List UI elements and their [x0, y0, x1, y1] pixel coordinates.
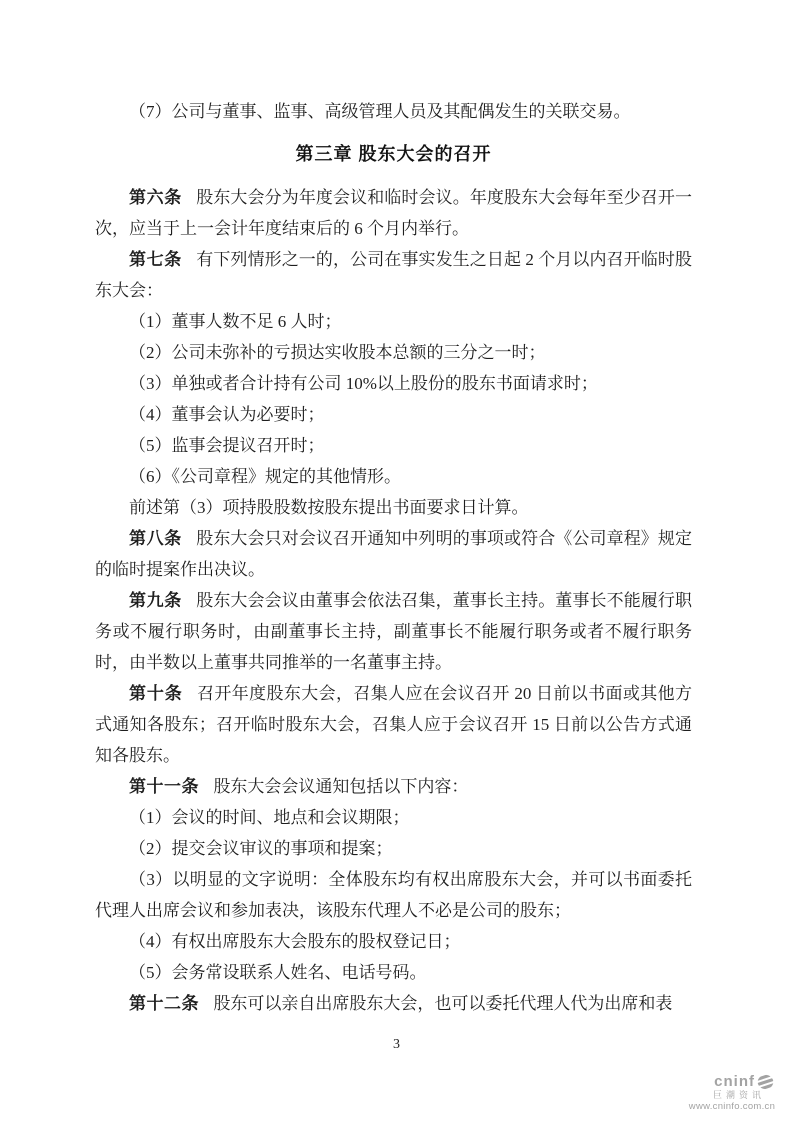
- paragraph-text: （2）公司未弥补的亏损达实收股本总额的三分之一时；: [129, 343, 546, 362]
- page-number: 3: [0, 1036, 793, 1054]
- cninfo-logo: cninf 巨潮资讯 www.cninfo.com.cn: [676, 1074, 788, 1113]
- article-number: 第十一条: [129, 777, 199, 796]
- paragraph-text: 有下列情形之一的，公司在事实发生之日起 2 个月以内召开临时股东大会：: [95, 250, 692, 300]
- list-item: （3）以明显的文字说明：全体股东均有权出席股东大会，并可以书面委托代理人出席会议…: [95, 864, 692, 926]
- paragraph-text: （6）《公司章程》规定的其他情形。: [129, 467, 401, 486]
- swirl-icon: [757, 1074, 774, 1090]
- paragraph: 第六条股东大会分为年度会议和临时会议。年度股东大会每年至少召开一次，应当于上一会…: [95, 182, 692, 244]
- cninfo-tagline: 巨潮资讯: [676, 1090, 788, 1101]
- article-number: 第十条: [129, 684, 183, 703]
- paragraph-text: （4）有权出席股东大会股东的股权登记日；: [129, 932, 461, 951]
- list-item: （4）有权出席股东大会股东的股权登记日；: [95, 926, 692, 957]
- paragraph-text: （5）会务常设联系人姓名、电话号码。: [129, 963, 427, 982]
- list-item: （3）单独或者合计持有公司 10%以上股份的股东书面请求时；: [95, 368, 692, 399]
- article-number: 第六条: [129, 188, 182, 207]
- paragraph: 第十二条股东可以亲自出席股东大会，也可以委托代理人代为出席和表: [95, 988, 692, 1019]
- paragraph-text: （1）董事人数不足 6 人时；: [129, 312, 342, 331]
- list-item: （2）公司未弥补的亏损达实收股本总额的三分之一时；: [95, 337, 692, 368]
- paragraph-text: 股东可以亲自出席股东大会，也可以委托代理人代为出席和表: [213, 994, 672, 1013]
- article-number: 第八条: [129, 529, 182, 548]
- paragraph-text: 股东大会会议由董事会依法召集，董事长主持。董事长不能履行职务或不履行职务时，由副…: [95, 591, 692, 672]
- cninfo-brand-text: cninf: [714, 1074, 755, 1090]
- article-number: 第九条: [129, 591, 182, 610]
- list-item: （1）会议的时间、地点和会议期限；: [95, 802, 692, 833]
- chapter-heading: 第三章 股东大会的召开: [95, 139, 692, 170]
- paragraph: 第十条召开年度股东大会，召集人应在会议召开 20 日前以书面或其他方式通知各股东…: [95, 678, 692, 771]
- list-item: （7）公司与董事、监事、高级管理人员及其配偶发生的关联交易。: [95, 96, 692, 127]
- document-body: （7）公司与董事、监事、高级管理人员及其配偶发生的关联交易。第三章 股东大会的召…: [95, 96, 692, 1019]
- paragraph-text: （5）监事会提议召开时；: [129, 436, 325, 455]
- paragraph-text: （7）公司与董事、监事、高级管理人员及其配偶发生的关联交易。: [129, 102, 631, 121]
- article-number: 第七条: [129, 250, 182, 269]
- cninfo-logo-row: cninf: [676, 1074, 788, 1090]
- paragraph-text: 股东大会分为年度会议和临时会议。年度股东大会每年至少召开一次，应当于上一会计年度…: [95, 188, 692, 238]
- document-page: （7）公司与董事、监事、高级管理人员及其配偶发生的关联交易。第三章 股东大会的召…: [0, 0, 793, 1122]
- paragraph: 第七条有下列情形之一的，公司在事实发生之日起 2 个月以内召开临时股东大会：: [95, 244, 692, 306]
- list-item: （6）《公司章程》规定的其他情形。: [95, 461, 692, 492]
- paragraph-text: （4）董事会认为必要时；: [129, 405, 325, 424]
- paragraph: 第八条股东大会只对会议召开通知中列明的事项或符合《公司章程》规定的临时提案作出决…: [95, 523, 692, 585]
- paragraph-text: 股东大会只对会议召开通知中列明的事项或符合《公司章程》规定的临时提案作出决议。: [95, 529, 692, 579]
- paragraph: 前述第（3）项持股股数按股东提出书面要求日计算。: [95, 492, 692, 523]
- list-item: （2）提交会议审议的事项和提案；: [95, 833, 692, 864]
- paragraph-text: 前述第（3）项持股股数按股东提出书面要求日计算。: [129, 498, 529, 517]
- paragraph-text: 召开年度股东大会，召集人应在会议召开 20 日前以书面或其他方式通知各股东；召开…: [95, 684, 692, 765]
- article-number: 第十二条: [129, 994, 199, 1013]
- paragraph: 第九条股东大会会议由董事会依法召集，董事长主持。董事长不能履行职务或不履行职务时…: [95, 585, 692, 678]
- paragraph: 第十一条股东大会会议通知包括以下内容：: [95, 771, 692, 802]
- paragraph-text: （3）以明显的文字说明：全体股东均有权出席股东大会，并可以书面委托代理人出席会议…: [95, 870, 692, 920]
- paragraph-text: （1）会议的时间、地点和会议期限；: [129, 808, 410, 827]
- paragraph-text: （2）提交会议审议的事项和提案；: [129, 839, 393, 858]
- paragraph-text: 股东大会会议通知包括以下内容：: [213, 777, 468, 796]
- list-item: （4）董事会认为必要时；: [95, 399, 692, 430]
- list-item: （5）会务常设联系人姓名、电话号码。: [95, 957, 692, 988]
- list-item: （5）监事会提议召开时；: [95, 430, 692, 461]
- paragraph-text: （3）单独或者合计持有公司 10%以上股份的股东书面请求时；: [129, 374, 598, 393]
- cninfo-website: www.cninfo.com.cn: [676, 1101, 788, 1113]
- list-item: （1）董事人数不足 6 人时；: [95, 306, 692, 337]
